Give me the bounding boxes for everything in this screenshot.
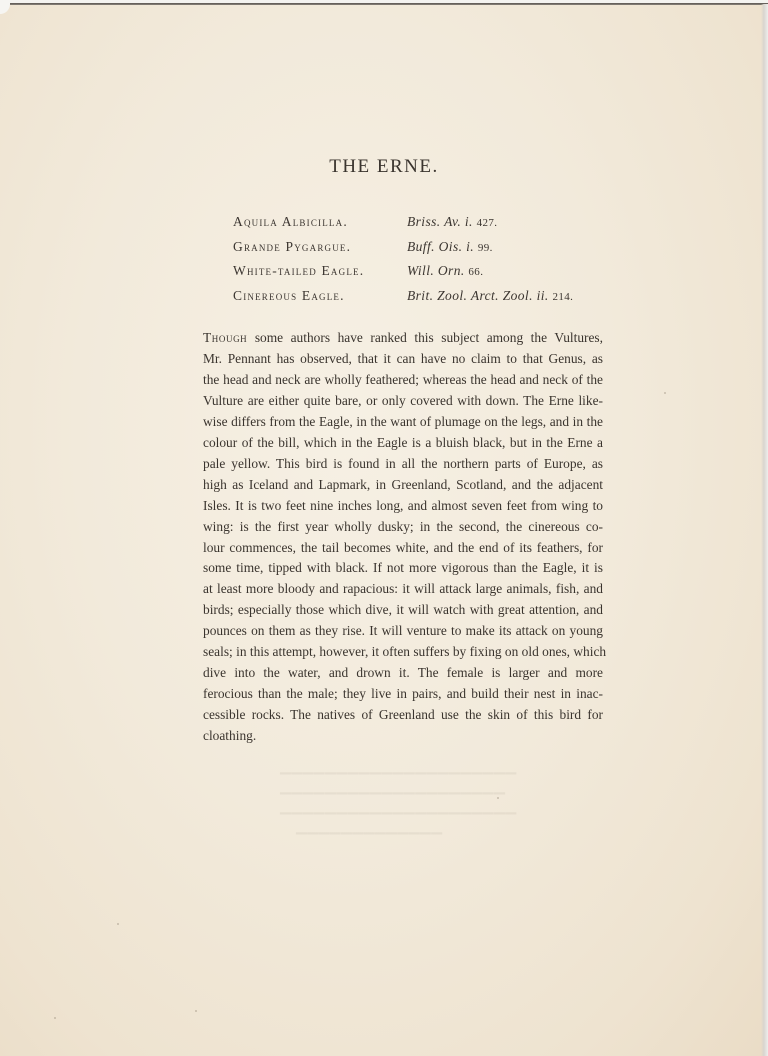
- synonym-name: Cinereous Eagle.: [233, 288, 407, 304]
- synonym-name: Aquila Albicilla.: [233, 214, 407, 230]
- reference-text: Will. Orn.: [407, 263, 468, 278]
- synonym-reference: Will. Orn. 66.: [407, 263, 483, 279]
- paragraph-line: lour commences, the tail becomes white, …: [203, 538, 603, 559]
- reference-number: 427.: [477, 217, 498, 229]
- paragraph-line: wing: is the first year wholly dusky; in…: [203, 517, 603, 538]
- paragraph-line: Though some authors have ranked this sub…: [203, 328, 603, 349]
- paragraph-line: Isles. It is two feet nine inches long, …: [203, 496, 603, 517]
- synonym-row: Aquila Albicilla. Briss. Av. i. 427.: [233, 214, 613, 239]
- paragraph-line: the head and neck are wholly feathered; …: [203, 370, 603, 391]
- show-through-text: ▁▁▁▁▁▁▁▁▁▁▁▁▁▁▁▁▁▁▁▁▁ ▁▁▁▁▁▁▁▁▁▁▁▁▁▁▁▁▁▁…: [280, 758, 580, 838]
- synonym-name: Grande Pygargue.: [233, 239, 407, 255]
- reference-text: Brit. Zool. Arct. Zool. ii.: [407, 288, 552, 303]
- lead-word: Though: [203, 330, 247, 345]
- reference-text: Briss. Av. i.: [407, 214, 477, 229]
- paragraph-line: colour of the bill, which in the Eagle i…: [203, 433, 603, 454]
- body-paragraph: Though some authors have ranked this sub…: [203, 328, 603, 747]
- paragraph-line: pounces on them as they rise. It will ve…: [203, 621, 603, 642]
- reference-number: 66.: [468, 266, 483, 278]
- synonyms-list: Aquila Albicilla. Briss. Av. i. 427. Gra…: [233, 214, 613, 312]
- paragraph-line: dive into the water, and drown it. The f…: [203, 663, 603, 684]
- reference-number: 99.: [478, 242, 493, 254]
- paragraph-line: wise differs from the Eagle, in the want…: [203, 412, 603, 433]
- paragraph-line: some time, tipped with black. If not mor…: [203, 558, 603, 579]
- synonym-row: White-tailed Eagle. Will. Orn. 66.: [233, 263, 613, 288]
- synonym-name: White-tailed Eagle.: [233, 263, 407, 279]
- synonym-reference: Buff. Ois. i. 99.: [407, 239, 493, 255]
- synonym-reference: Briss. Av. i. 427.: [407, 214, 497, 230]
- page-title: THE ERNE.: [0, 156, 768, 178]
- synonym-reference: Brit. Zool. Arct. Zool. ii. 214.: [407, 288, 573, 304]
- paragraph-line: seals; in this attempt, however, it ofte…: [203, 642, 603, 663]
- paragraph-line: high as Iceland and Lapmark, in Greenlan…: [203, 475, 603, 496]
- paragraph-line: at least more bloody and rapacious: it w…: [203, 579, 603, 600]
- paragraph-line: cessible rocks. The natives of Greenland…: [203, 705, 603, 726]
- synonym-row: Grande Pygargue. Buff. Ois. i. 99.: [233, 239, 613, 264]
- paragraph-line: ferocious than the male; they live in pa…: [203, 684, 603, 705]
- reference-text: Buff. Ois. i.: [407, 239, 478, 254]
- paragraph-line: pale yellow. This bird is found in all t…: [203, 454, 603, 475]
- page-top-edge: [10, 0, 768, 5]
- document-page: ▁▁▁▁▁▁▁▁▁▁▁▁▁▁▁▁▁▁▁▁▁ ▁▁▁▁▁▁▁▁▁▁▁▁▁▁▁▁▁▁…: [0, 0, 768, 1056]
- synonym-row: Cinereous Eagle. Brit. Zool. Arct. Zool.…: [233, 288, 613, 313]
- reference-number: 214.: [552, 291, 573, 303]
- paragraph-line: birds; especially those which dive, it w…: [203, 600, 603, 621]
- paragraph-line: cloathing.: [203, 726, 603, 747]
- paragraph-line: Mr. Pennant has observed, that it can ha…: [203, 349, 603, 370]
- line-text: some authors have ranked this subject am…: [247, 330, 603, 345]
- page-corner-fold: [0, 0, 10, 14]
- paragraph-line: Vulture are either quite bare, or only c…: [203, 391, 603, 412]
